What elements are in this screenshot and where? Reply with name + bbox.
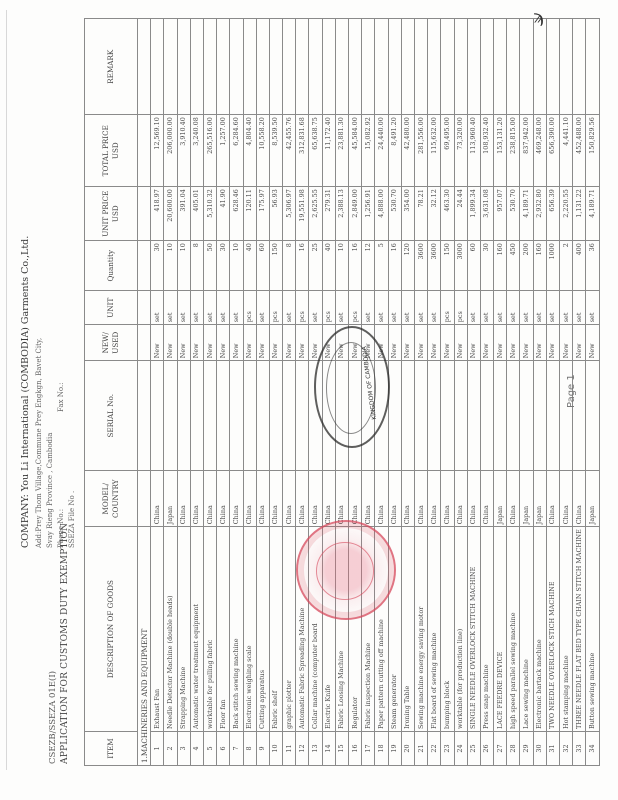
- cell-total: 281,556.00: [414, 115, 427, 187]
- cell-unit-price: 628.46: [230, 187, 243, 241]
- column-header: SERIAL No.: [85, 361, 138, 471]
- cell-cond: New: [507, 325, 520, 361]
- cell-total: 238,815.00: [507, 115, 520, 187]
- cell-country: China: [375, 471, 388, 527]
- cell-unit: pcs: [349, 291, 362, 325]
- cell-cond: New: [243, 325, 256, 361]
- cell-country: China: [243, 471, 256, 527]
- company-address-line1: Add:Prey Thom Village,Commune Prey Engkg…: [35, 338, 43, 548]
- cell-unit: set: [217, 291, 230, 325]
- table-row: 34Button sewing machineJapanNewset364,18…: [586, 19, 599, 766]
- column-header: UNIT PRICE USD: [85, 187, 138, 241]
- cell-unit: pcs: [454, 291, 467, 325]
- cell-qty: 30: [217, 241, 230, 291]
- cell-serial: [296, 361, 309, 471]
- cell-item: 6: [217, 732, 230, 766]
- table-row: 25SINGLE NEEDLE OVERLOCK STITCH MACHINEC…: [467, 19, 480, 766]
- cell-unit-price: 418.97: [151, 187, 164, 241]
- cell-item: 21: [414, 732, 427, 766]
- cell-unit-price: 1,256.91: [362, 187, 375, 241]
- cell-cond: New: [586, 325, 599, 361]
- cell-remark: [573, 19, 586, 115]
- cell-serial: [533, 361, 546, 471]
- section-row: 1.MACHINERIES AND EQUIPMENT: [138, 19, 151, 766]
- cell-item: 9: [256, 732, 269, 766]
- cell-cond: New: [533, 325, 546, 361]
- cell-unit: set: [362, 291, 375, 325]
- cell-unit: set: [401, 291, 414, 325]
- cell-cond: New: [428, 325, 441, 361]
- cell-unit: set: [414, 291, 427, 325]
- cell-item: 8: [243, 732, 256, 766]
- cell-total: 3,910.40: [177, 115, 190, 187]
- table-row: 23bumping blockChinaNewpcs150463.3069,49…: [441, 19, 454, 766]
- table-row: 29Lace sewing machineJapanNewset2004,189…: [520, 19, 533, 766]
- cell-unit: set: [428, 291, 441, 325]
- cell-item: 29: [520, 732, 533, 766]
- cell-desc: TWO NEEDLE OVERLOCK STICH MACHINE: [546, 527, 559, 732]
- cell-qty: 16: [296, 241, 309, 291]
- cell-item: 34: [586, 732, 599, 766]
- cell-cond: New: [494, 325, 507, 361]
- cell-unit: pcs: [269, 291, 282, 325]
- cell-total: 265,516.00: [203, 115, 216, 187]
- red-official-seal: [296, 520, 396, 620]
- cell-serial: [190, 361, 203, 471]
- cell-total: 73,320.00: [454, 115, 467, 187]
- cell-country: China: [230, 471, 243, 527]
- cell-qty: 200: [520, 241, 533, 291]
- cell-serial: [256, 361, 269, 471]
- table-row: 21Sewing machine energy saving motorChin…: [414, 19, 427, 766]
- cell-unit: set: [190, 291, 203, 325]
- cell-desc: worktable (for production line): [454, 527, 467, 732]
- cell-unit-price: 957.07: [494, 187, 507, 241]
- cell-unit: set: [546, 291, 559, 325]
- cell-remark: [467, 19, 480, 115]
- cell-serial: [151, 361, 164, 471]
- cell-qty: 40: [322, 241, 335, 291]
- column-header: REMARK: [85, 19, 138, 115]
- cell-country: China: [507, 471, 520, 527]
- cell-remark: [428, 19, 441, 115]
- cell-item: 33: [573, 732, 586, 766]
- cell-country: China: [269, 471, 282, 527]
- cell-total: 42,480.00: [401, 115, 414, 187]
- cell-serial: [454, 361, 467, 471]
- cell-remark: [190, 19, 203, 115]
- table-row: 4Automatic water treatment equipmentChin…: [190, 19, 203, 766]
- cell-remark: [375, 19, 388, 115]
- cell-unit-price: 2,625.55: [309, 187, 322, 241]
- cell-item: 23: [441, 732, 454, 766]
- cell-qty: 30: [151, 241, 164, 291]
- cell-serial: [230, 361, 243, 471]
- column-header: NEW/ USED: [85, 325, 138, 361]
- cell-serial: [269, 361, 282, 471]
- cell-cond: New: [388, 325, 401, 361]
- cell-remark: [256, 19, 269, 115]
- cell-desc: Back stitch sewing machine: [230, 527, 243, 732]
- cell-unit: pcs: [296, 291, 309, 325]
- cell-cond: New: [401, 325, 414, 361]
- cell-item: 11: [283, 732, 296, 766]
- cell-qty: 25: [309, 241, 322, 291]
- cell-item: 25: [467, 732, 480, 766]
- cell-remark: [480, 19, 493, 115]
- cell-total: 3,240.08: [190, 115, 203, 187]
- cell-unit-price: 41.90: [217, 187, 230, 241]
- column-header: DESCRIPTION OF GOODS: [85, 527, 138, 732]
- cell-desc: Electronic bartack machine: [533, 527, 546, 732]
- cell-remark: [309, 19, 322, 115]
- cell-item: 24: [454, 732, 467, 766]
- cell-qty: 3600: [414, 241, 427, 291]
- cell-remark: [441, 19, 454, 115]
- cell-unit-price: 19,551.98: [296, 187, 309, 241]
- table-row: 1Exhaust FanChinaNewset30418.9712,569.10: [151, 19, 164, 766]
- cell-item: 30: [533, 732, 546, 766]
- cell-desc: graphic plotter: [283, 527, 296, 732]
- cell-qty: 16: [349, 241, 362, 291]
- cell-desc: bumping block: [441, 527, 454, 732]
- cell-unit: set: [335, 291, 348, 325]
- company-address-line2: Svay Rieng Province , Cambodia: [46, 433, 54, 548]
- cell-unit-price: 175.97: [256, 187, 269, 241]
- cell-cond: New: [177, 325, 190, 361]
- cell-country: China: [362, 471, 375, 527]
- cell-qty: 10: [164, 241, 177, 291]
- cell-unit: set: [388, 291, 401, 325]
- cell-total: 108,932.40: [480, 115, 493, 187]
- cell-desc: Hot stamping machine: [560, 527, 573, 732]
- cell-serial: [441, 361, 454, 471]
- cell-qty: 8: [190, 241, 203, 291]
- cell-remark: [349, 19, 362, 115]
- cell-item: 26: [480, 732, 493, 766]
- cell-country: China: [560, 471, 573, 527]
- cell-total: 153,131.20: [494, 115, 507, 187]
- cell-unit: set: [467, 291, 480, 325]
- cell-remark: [243, 19, 256, 115]
- cell-country: China: [203, 471, 216, 527]
- cell-serial: [217, 361, 230, 471]
- table-row: 19Steam generatorChinaNewset16530.708,49…: [388, 19, 401, 766]
- cell-qty: 10: [230, 241, 243, 291]
- cell-qty: 12: [362, 241, 375, 291]
- cell-country: China: [256, 471, 269, 527]
- cell-cond: New: [546, 325, 559, 361]
- cell-cond: New: [296, 325, 309, 361]
- cell-country: China: [388, 471, 401, 527]
- cell-unit-price: 32.12: [428, 187, 441, 241]
- cell-desc: Electronic weighing scale: [243, 527, 256, 732]
- cell-country: China: [546, 471, 559, 527]
- cell-remark: [454, 19, 467, 115]
- column-header: Quantity: [85, 241, 138, 291]
- cell-unit-price: 530.70: [507, 187, 520, 241]
- cell-unit: set: [480, 291, 493, 325]
- table-row: 5worktable for pulling fabricChinaNewset…: [203, 19, 216, 766]
- cell-item: 16: [349, 732, 362, 766]
- cell-remark: [217, 19, 230, 115]
- table-row: 3Strapping MachineChinaNewset10391.043,9…: [177, 19, 190, 766]
- cell-unit-price: 530.70: [388, 187, 401, 241]
- cell-unit-price: 24.44: [454, 187, 467, 241]
- cell-unit: set: [309, 291, 322, 325]
- section-title: 1.MACHINERIES AND EQUIPMENT: [138, 527, 151, 766]
- cell-desc: Needle Detector Machine (double heads): [164, 527, 177, 732]
- cell-serial: [586, 361, 599, 471]
- cell-total: 837,942.00: [520, 115, 533, 187]
- cell-total: 206,000.00: [164, 115, 177, 187]
- cell-qty: 36: [586, 241, 599, 291]
- cell-total: 23,881.30: [335, 115, 348, 187]
- cell-serial: [164, 361, 177, 471]
- document-page: CSEZB/SSEZA 01E(I) APPLICATION FOR CUSTO…: [0, 0, 618, 800]
- cell-unit: set: [177, 291, 190, 325]
- page-number: Page 1: [566, 374, 577, 408]
- table-row: 10Fabric shelfChinaNewpcs15056.938,539.5…: [269, 19, 282, 766]
- cell-qty: 8: [283, 241, 296, 291]
- cell-country: China: [573, 471, 586, 527]
- cell-serial: [283, 361, 296, 471]
- cell-serial: [428, 361, 441, 471]
- cell-unit: set: [573, 291, 586, 325]
- table-row: 6Floor fanChinaNewset3041.901,257.00: [217, 19, 230, 766]
- cell-cond: New: [151, 325, 164, 361]
- cell-qty: 120: [401, 241, 414, 291]
- cell-item: 1: [151, 732, 164, 766]
- cell-total: 6,284.60: [230, 115, 243, 187]
- cell-total: 8,491.20: [388, 115, 401, 187]
- cell-qty: 160: [494, 241, 507, 291]
- cell-country: Japan: [164, 471, 177, 527]
- cell-qty: 10: [177, 241, 190, 291]
- cell-serial: [520, 361, 533, 471]
- cell-unit: pcs: [441, 291, 454, 325]
- cell-unit: set: [560, 291, 573, 325]
- company-name: COMPANY: You Li International (COMBODIA)…: [20, 236, 31, 548]
- cell-remark: [401, 19, 414, 115]
- document-code: CSEZB/SSEZA 01E(I): [48, 671, 58, 764]
- cell-remark: [269, 19, 282, 115]
- cell-unit-price: 4,888.00: [375, 187, 388, 241]
- cell-item: 32: [560, 732, 573, 766]
- cell-total: 115,632.00: [428, 115, 441, 187]
- cell-unit: set: [533, 291, 546, 325]
- cell-desc: Lace sewing machine: [520, 527, 533, 732]
- cell-qty: 16: [388, 241, 401, 291]
- cell-country: China: [177, 471, 190, 527]
- cell-unit-price: 405.01: [190, 187, 203, 241]
- cell-item: 14: [322, 732, 335, 766]
- cell-unit: set: [230, 291, 243, 325]
- cell-item: 3: [177, 732, 190, 766]
- cell-serial: [494, 361, 507, 471]
- cell-country: China: [441, 471, 454, 527]
- cell-total: 469,248.00: [533, 115, 546, 187]
- table-row: 24worktable (for production line)ChinaNe…: [454, 19, 467, 766]
- cell-remark: [388, 19, 401, 115]
- cell-unit: set: [375, 291, 388, 325]
- cell-unit-price: 1,899.34: [467, 187, 480, 241]
- cell-item: 2: [164, 732, 177, 766]
- cell-remark: [177, 19, 190, 115]
- cell-cond: New: [164, 325, 177, 361]
- cell-remark: [414, 19, 427, 115]
- table-row: 9Cutting apparatusChinaNewset60175.9710,…: [256, 19, 269, 766]
- cell-desc: Sewing machine energy saving motor: [414, 527, 427, 732]
- cell-serial: [243, 361, 256, 471]
- cell-country: China: [401, 471, 414, 527]
- cell-country: China: [283, 471, 296, 527]
- cell-total: 69,495.00: [441, 115, 454, 187]
- table-row: 31TWO NEEDLE OVERLOCK STICH MACHINEChina…: [546, 19, 559, 766]
- cell-remark: [335, 19, 348, 115]
- cell-total: 150,829.56: [586, 115, 599, 187]
- table-header-row: ITEMDESCRIPTION OF GOODSMODEL/ COUNTRYSE…: [85, 19, 138, 766]
- cell-cond: New: [560, 325, 573, 361]
- cell-total: 8,539.50: [269, 115, 282, 187]
- cell-item: 20: [401, 732, 414, 766]
- cell-cond: New: [203, 325, 216, 361]
- cell-unit: set: [283, 291, 296, 325]
- cell-unit: set: [520, 291, 533, 325]
- cell-item: 4: [190, 732, 203, 766]
- cell-remark: [322, 19, 335, 115]
- cell-item: 31: [546, 732, 559, 766]
- cell-total: 656,390.00: [546, 115, 559, 187]
- cell-cond: New: [441, 325, 454, 361]
- cell-total: 65,638.75: [309, 115, 322, 187]
- cell-serial: [414, 361, 427, 471]
- cell-qty: 450: [507, 241, 520, 291]
- cell-desc: THREE NEEDLE FLAT BED TYPE CHAIN STITCH …: [573, 527, 586, 732]
- cell-qty: 10: [335, 241, 348, 291]
- cell-remark: [560, 19, 573, 115]
- cell-item: 15: [335, 732, 348, 766]
- cell-qty: 400: [573, 241, 586, 291]
- cell-desc: Cutting apparatus: [256, 527, 269, 732]
- cell-desc: Exhaust Fan: [151, 527, 164, 732]
- cell-serial: [177, 361, 190, 471]
- cell-desc: Strapping Machine: [177, 527, 190, 732]
- table-row: 22Flat board of sewing machineChinaNewse…: [428, 19, 441, 766]
- cell-cond: New: [454, 325, 467, 361]
- cell-desc: Ironing Table: [401, 527, 414, 732]
- cell-country: Japan: [533, 471, 546, 527]
- cell-unit-price: 56.93: [269, 187, 282, 241]
- cell-serial: [388, 361, 401, 471]
- cell-desc: Flat board of sewing machine: [428, 527, 441, 732]
- cell-country: China: [296, 471, 309, 527]
- scan-edge-line: [6, 10, 7, 770]
- cell-serial: [480, 361, 493, 471]
- cell-country: China: [454, 471, 467, 527]
- cell-remark: [533, 19, 546, 115]
- cell-unit: set: [507, 291, 520, 325]
- table-row: 12Automatic Fabric Spreading MachineChin…: [296, 19, 309, 766]
- cell-item: 27: [494, 732, 507, 766]
- cell-remark: [151, 19, 164, 115]
- cell-qty: 40: [243, 241, 256, 291]
- cell-qty: 150: [269, 241, 282, 291]
- cell-cond: New: [573, 325, 586, 361]
- cell-remark: [362, 19, 375, 115]
- cell-qty: 160: [533, 241, 546, 291]
- cell-desc: LACE FEEDRE DEVICE: [494, 527, 507, 732]
- cell-desc: high speed parallel sewing machine: [507, 527, 520, 732]
- cell-serial: [467, 361, 480, 471]
- cell-country: China: [217, 471, 230, 527]
- cell-unit-price: 20,600.00: [164, 187, 177, 241]
- phone-label: Phone No.:: [57, 509, 65, 548]
- cell-cond: New: [467, 325, 480, 361]
- table-row: 27LACE FEEDRE DEVICEJapanNewset160957.07…: [494, 19, 507, 766]
- cell-remark: [586, 19, 599, 115]
- cell-country: China: [335, 471, 348, 527]
- cell-unit-price: 656.39: [546, 187, 559, 241]
- cell-qty: 50: [203, 241, 216, 291]
- cell-country: China: [151, 471, 164, 527]
- table-row: 11graphic plotterChinaNewset85,306.9742,…: [283, 19, 296, 766]
- cell-remark: [546, 19, 559, 115]
- cell-remark: [494, 19, 507, 115]
- cell-total: 4,441.10: [560, 115, 573, 187]
- cell-total: 4,804.40: [243, 115, 256, 187]
- cell-total: 42,455.76: [283, 115, 296, 187]
- cell-country: Japan: [520, 471, 533, 527]
- cell-qty: 60: [256, 241, 269, 291]
- cell-item: 22: [428, 732, 441, 766]
- cell-item: 7: [230, 732, 243, 766]
- cell-item: 28: [507, 732, 520, 766]
- cell-country: China: [480, 471, 493, 527]
- table-row: 2Needle Detector Machine (double heads)J…: [164, 19, 177, 766]
- document-title: APPLICATION FOR CUSTOMS DUTY EXEMPTION: [60, 523, 70, 764]
- cell-country: China: [322, 471, 335, 527]
- cell-country: China: [467, 471, 480, 527]
- cell-desc: Button sewing machine: [586, 527, 599, 732]
- cell-remark: [520, 19, 533, 115]
- cell-item: 17: [362, 732, 375, 766]
- cell-total: 1,257.00: [217, 115, 230, 187]
- cell-cond: New: [520, 325, 533, 361]
- table-row: 30Electronic bartack machineJapanNewset1…: [533, 19, 546, 766]
- cell-unit-price: 5,310.32: [203, 187, 216, 241]
- cell-desc: Fabric shelf: [269, 527, 282, 732]
- cell-qty: 5: [375, 241, 388, 291]
- cell-total: 10,558.20: [256, 115, 269, 187]
- column-header: MODEL/ COUNTRY: [85, 471, 138, 527]
- cell-unit-price: 1,131.22: [573, 187, 586, 241]
- cell-unit: pcs: [322, 291, 335, 325]
- cell-serial: [546, 361, 559, 471]
- black-official-stamp: KINGDOM OF CAMBODIA: [314, 326, 390, 448]
- cell-cond: New: [269, 325, 282, 361]
- cell-unit-price: 2,388.13: [335, 187, 348, 241]
- cell-desc: SINGLE NEEDLE OVERLOCK STITCH MACHINE: [467, 527, 480, 732]
- file-number-label: SSEZA File No .: [68, 491, 76, 548]
- cell-total: 15,082.92: [362, 115, 375, 187]
- column-header: TOTAL PRICE USD: [85, 115, 138, 187]
- cell-total: 45,584.00: [349, 115, 362, 187]
- cell-desc: Press snap machine: [480, 527, 493, 732]
- cell-item: 18: [375, 732, 388, 766]
- cell-total: 113,960.40: [467, 115, 480, 187]
- cell-country: China: [414, 471, 427, 527]
